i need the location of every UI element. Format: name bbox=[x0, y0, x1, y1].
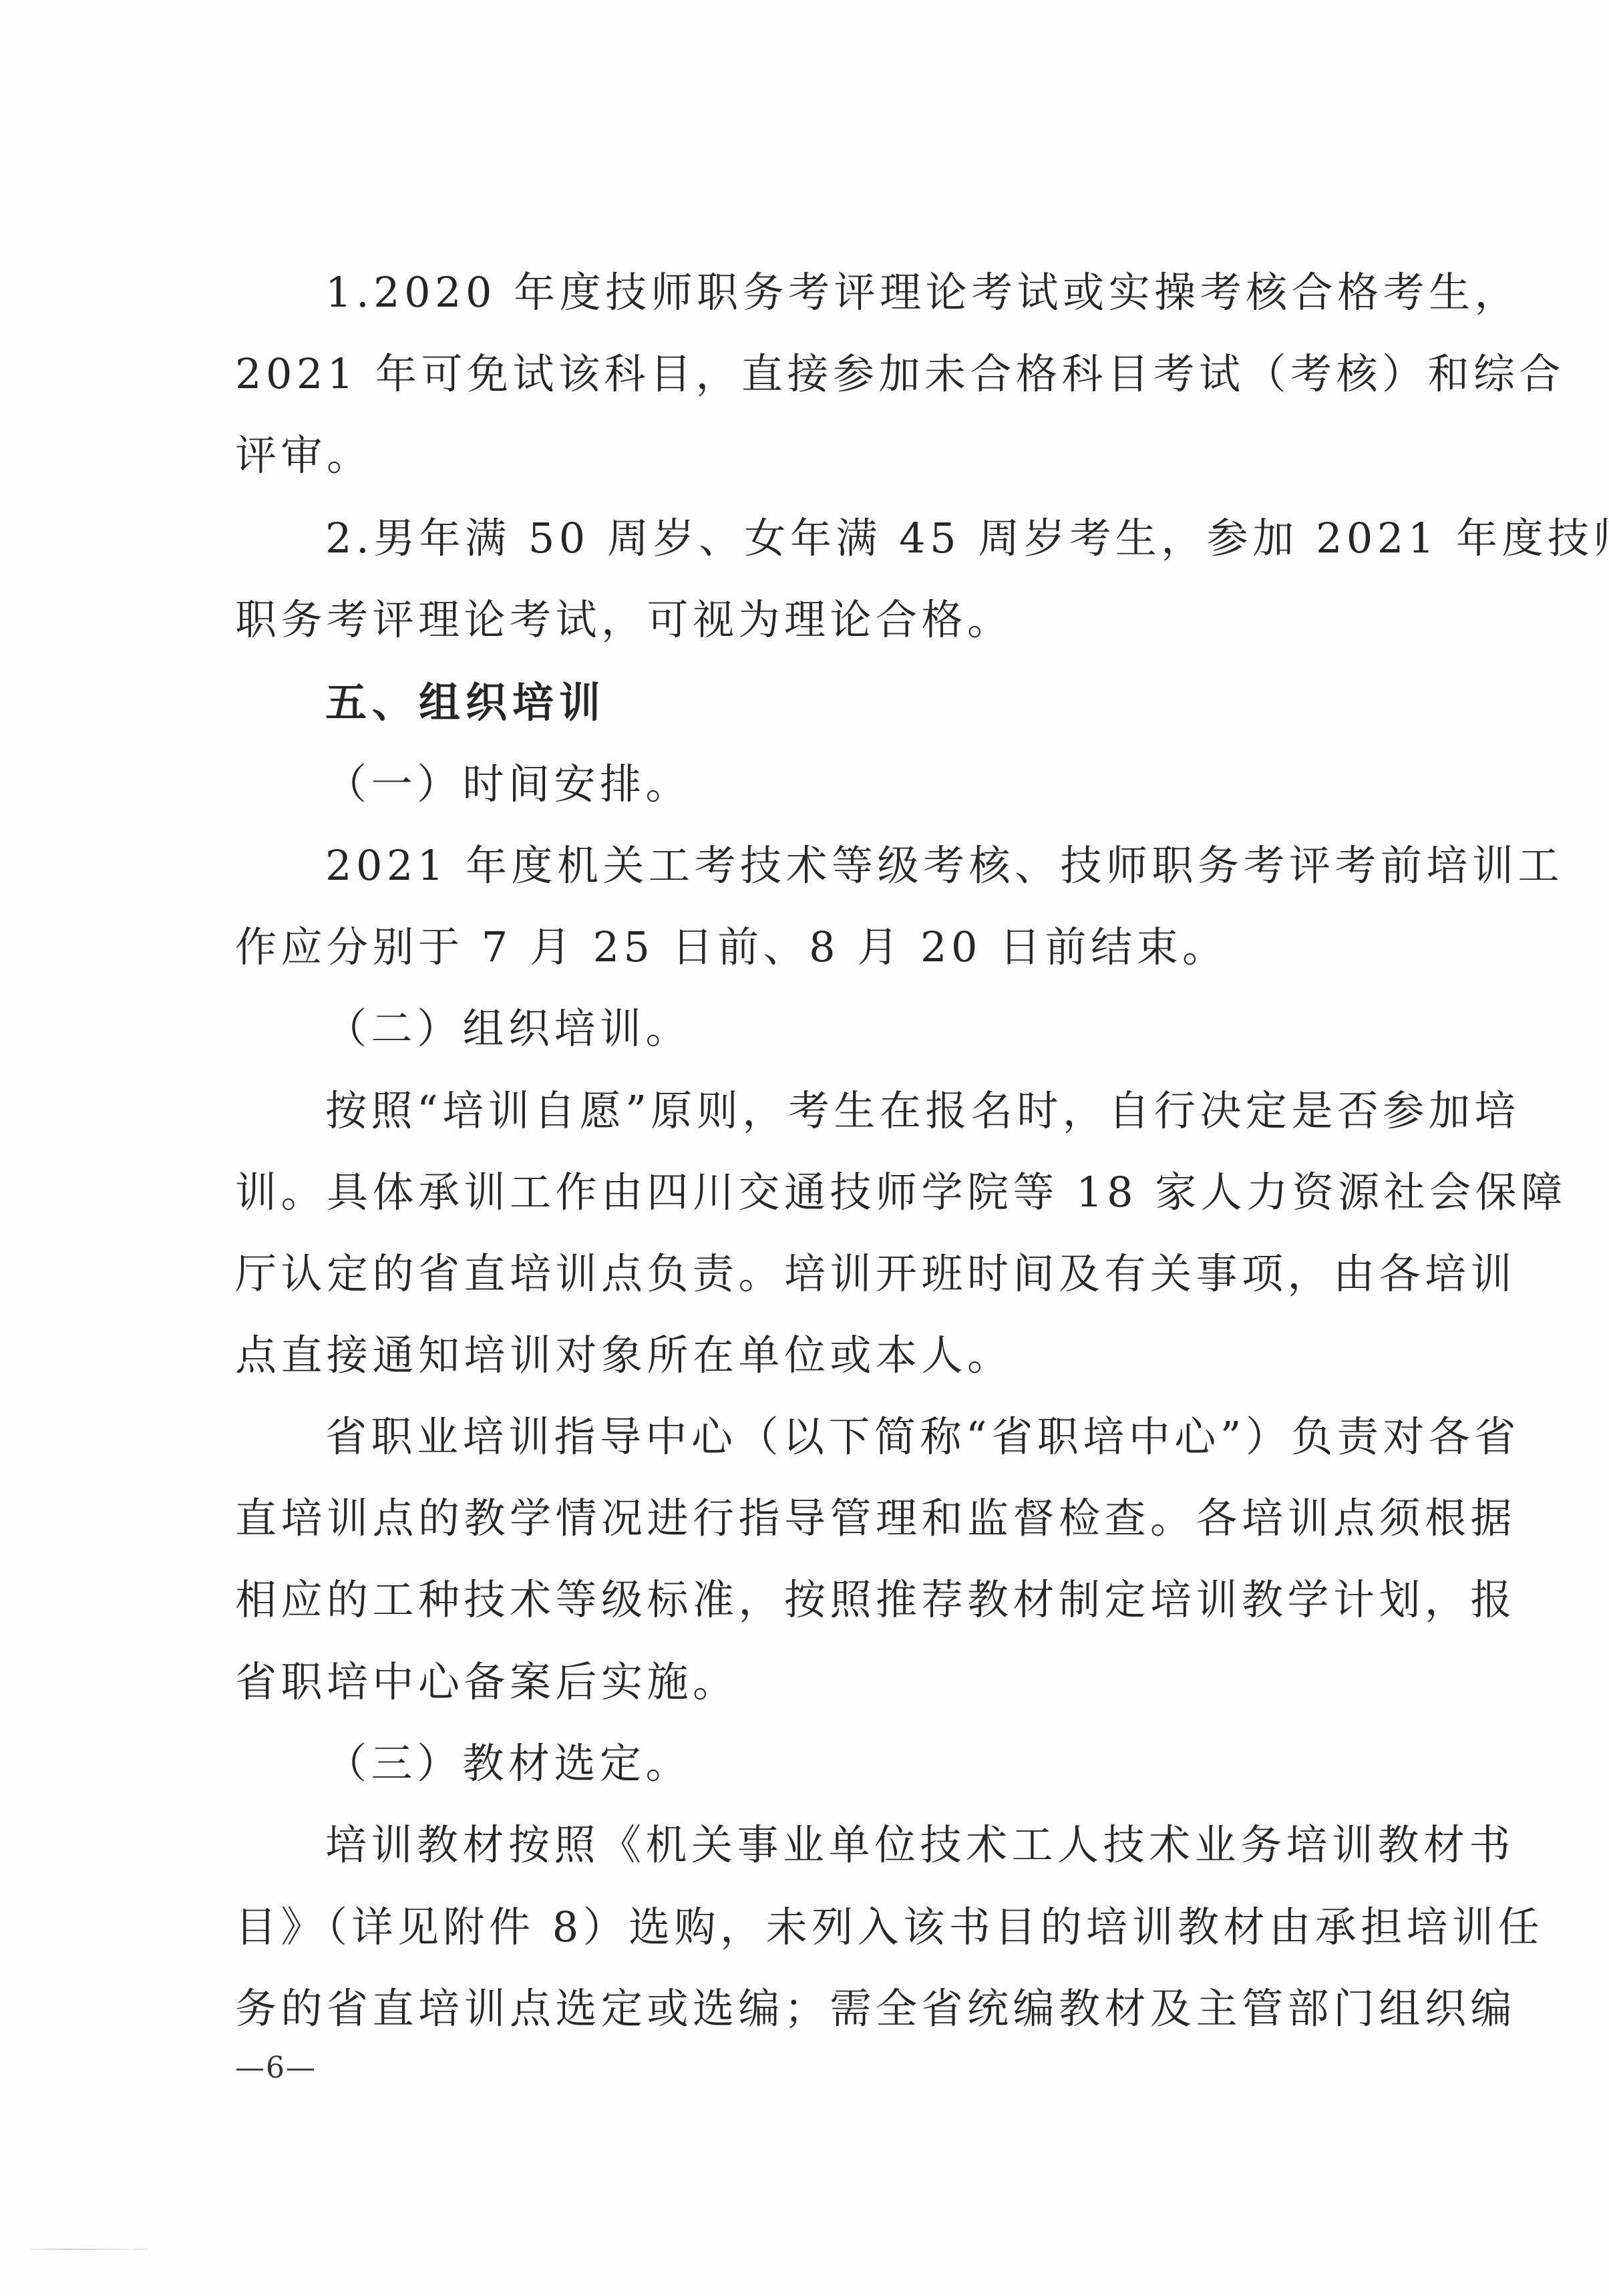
subheading-textbook-selection: （三）教材选定。 bbox=[325, 1737, 1448, 1790]
paragraph-voluntary-line-3: 厅认定的省直培训点负责。培训开班时间及有关事项，由各培训 bbox=[235, 1247, 1448, 1301]
paragraph-2-line-1: 2.男年满 50 周岁、女年满 45 周岁考生，参加 2021 年度技师 bbox=[325, 512, 1448, 565]
paragraph-1-line-1: 1.2020 年度技师职务考评理论考试或实操考核合格考生， bbox=[325, 266, 1448, 319]
paragraph-voluntary-line-4: 点直接通知培训对象所在单位或本人。 bbox=[235, 1329, 1448, 1382]
document-page: 1.2020 年度技师职务考评理论考试或实操考核合格考生， 2021 年可免试该… bbox=[0, 0, 1609, 2296]
paragraph-1-line-2: 2021 年可免试该科目，直接参加未合格科目考试（考核）和综合 bbox=[235, 347, 1448, 401]
paragraph-2-line-2: 职务考评理论考试，可视为理论合格。 bbox=[235, 593, 1448, 647]
paragraph-guidance-line-3: 相应的工种技术等级标准，按照推荐教材制定培训教学计划，报 bbox=[235, 1573, 1448, 1627]
subheading-organize-training: （二）组织培训。 bbox=[325, 1002, 1448, 1055]
page-number: —6— bbox=[235, 2049, 317, 2087]
paragraph-schedule-line-2: 作应分别于 7 月 25 日前、8 月 20 日前结束。 bbox=[235, 921, 1448, 974]
subheading-schedule: （一）时间安排。 bbox=[325, 758, 1448, 811]
paragraph-guidance-line-1: 省职业培训指导中心（以下简称“省职培中心”）负责对各省 bbox=[325, 1410, 1448, 1464]
paragraph-guidance-line-2: 直培训点的教学情况进行指导管理和监督检查。各培训点须根据 bbox=[235, 1492, 1448, 1545]
paragraph-guidance-line-4: 省职培中心备案后实施。 bbox=[235, 1655, 1448, 1709]
paragraph-schedule-line-1: 2021 年度机关工考技术等级考核、技师职务考评考前培训工 bbox=[325, 839, 1448, 892]
paragraph-textbooks-line-3: 务的省直培训点选定或选编；需全省统编教材及主管部门组织编 bbox=[235, 1982, 1448, 2035]
section-heading-organize-training: 五、组织培训 bbox=[325, 676, 1448, 729]
paragraph-textbooks-line-2: 目》（详见附件 8）选购，未列入该书目的培训教材由承担培训任 bbox=[235, 1901, 1448, 1954]
scan-artifact-dot bbox=[136, 2249, 148, 2250]
paragraph-voluntary-line-1: 按照“培训自愿”原则，考生在报名时，自行决定是否参加培 bbox=[325, 1084, 1448, 1138]
scan-artifact-line bbox=[30, 2249, 147, 2250]
paragraph-1-line-3: 评审。 bbox=[235, 429, 1448, 482]
paragraph-voluntary-line-2: 训。具体承训工作由四川交通技师学院等 18 家人力资源社会保障 bbox=[235, 1166, 1448, 1219]
paragraph-textbooks-line-1: 培训教材按照《机关事业单位技术工人技术业务培训教材书 bbox=[325, 1818, 1448, 1872]
